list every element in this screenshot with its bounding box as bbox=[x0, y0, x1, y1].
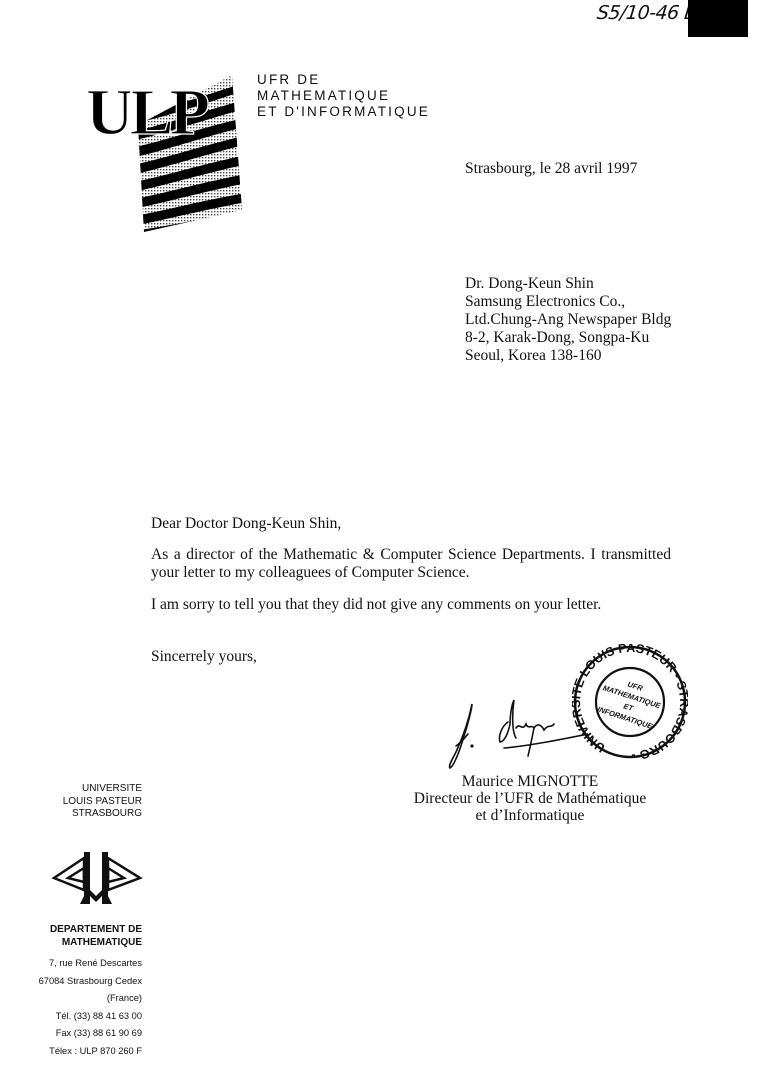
handwritten-reference-note: S5/10-46 L bbox=[596, 2, 696, 24]
signature-icon bbox=[428, 684, 588, 774]
recipient-line: Ltd.Chung-Ang Newspaper Bldg bbox=[465, 311, 671, 329]
university-name-block: UNIVERSITE LOUIS PASTEUR STRASBOURG bbox=[30, 783, 142, 821]
fax-line: Fax (33) 88 61 90 69 bbox=[20, 1025, 142, 1043]
university-line: LOUIS PASTEUR bbox=[30, 796, 142, 809]
signatory-title: et d’Informatique bbox=[400, 807, 660, 824]
university-stamp: UNIVERSITE LOUIS PASTEUR - STRASBOURG - … bbox=[572, 644, 688, 764]
department-contact-block: DEPARTEMENT DE MATHEMATIQUE 7, rue René … bbox=[20, 924, 142, 1060]
ufr-letterhead-title: UFR DE MATHEMATIQUE ET D'INFORMATIQUE bbox=[257, 72, 430, 120]
recipient-address: Dr. Dong-Keun Shin Samsung Electronics C… bbox=[465, 275, 671, 365]
department-line: MATHEMATIQUE bbox=[20, 937, 142, 950]
department-line: DEPARTEMENT DE bbox=[20, 924, 142, 937]
date-line: Strasbourg, le 28 avril 1997 bbox=[465, 160, 637, 178]
body-paragraph: As a director of the Mathematic & Comput… bbox=[151, 546, 671, 582]
telex-line: Télex : ULP 870 260 F bbox=[20, 1043, 142, 1061]
svg-text:ULP: ULP bbox=[86, 76, 209, 149]
letterhead-line: UFR DE bbox=[257, 72, 430, 88]
ulp-striped-square-icon: ULP bbox=[82, 70, 242, 235]
recipient-line: Seoul, Korea 138-160 bbox=[465, 347, 671, 365]
recipient-line: 8-2, Karak-Dong, Songpa-Ku bbox=[465, 329, 671, 347]
letterhead-line: ET D'INFORMATIQUE bbox=[257, 104, 430, 120]
redaction-box bbox=[688, 0, 748, 37]
address-line: 67084 Strasbourg Cedex bbox=[20, 973, 142, 991]
letterhead-line: MATHEMATIQUE bbox=[257, 88, 430, 104]
address-line: 7, rue René Descartes bbox=[20, 955, 142, 973]
signatory-name: Maurice MIGNOTTE bbox=[400, 773, 660, 790]
university-line: STRASBOURG bbox=[30, 808, 142, 821]
department-address: 7, rue René Descartes 67084 Strasbourg C… bbox=[20, 955, 142, 1060]
recipient-line: Dr. Dong-Keun Shin bbox=[465, 275, 671, 293]
lp-monogram-icon bbox=[50, 848, 146, 908]
university-line: UNIVERSITE bbox=[30, 783, 142, 796]
stamp-seal-icon: UNIVERSITE LOUIS PASTEUR - STRASBOURG - … bbox=[572, 644, 688, 764]
louis-pasteur-logo bbox=[50, 848, 146, 908]
body-paragraph: I am sorry to tell you that they did not… bbox=[151, 596, 671, 614]
phone-line: Tél. (33) 88 41 63 00 bbox=[20, 1008, 142, 1026]
address-line: (France) bbox=[20, 990, 142, 1008]
signatory-title: Directeur de l’UFR de Mathématique bbox=[400, 790, 660, 807]
salutation: Dear Doctor Dong-Keun Shin, bbox=[151, 515, 671, 533]
department-name: DEPARTEMENT DE MATHEMATIQUE bbox=[20, 924, 142, 949]
recipient-line: Samsung Electronics Co., bbox=[465, 293, 671, 311]
handwritten-signature bbox=[428, 684, 588, 774]
ulp-logo: ULP bbox=[82, 70, 242, 235]
signatory-block: Maurice MIGNOTTE Directeur de l’UFR de M… bbox=[400, 773, 660, 824]
svg-text:ET: ET bbox=[622, 701, 635, 713]
